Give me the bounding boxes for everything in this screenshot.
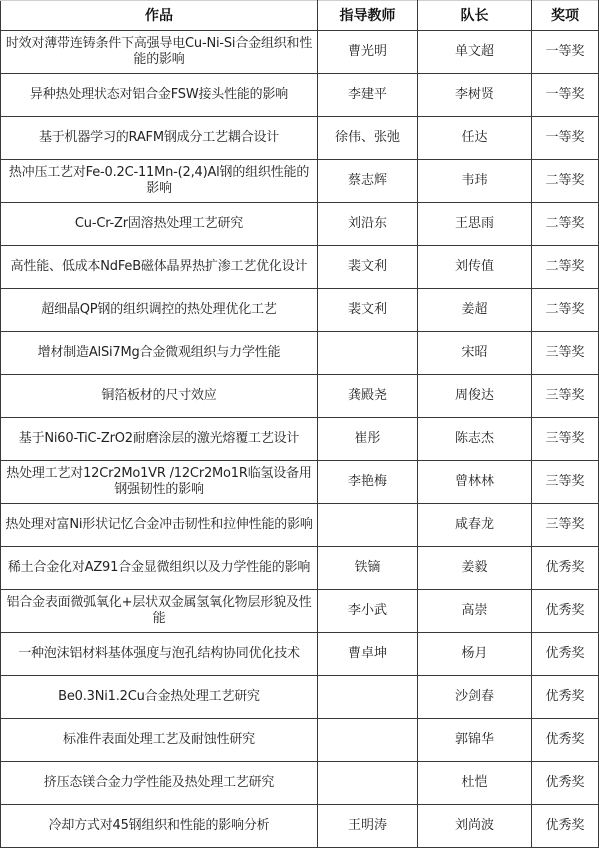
cell-leader: 杨月 — [418, 633, 532, 676]
table-row: 热处理对富Ni形状记忆合金冲击韧性和拉伸性能的影响 咸春龙 三等奖 — [1, 504, 599, 547]
cell-award: 三等奖 — [532, 461, 599, 504]
cell-award: 三等奖 — [532, 332, 599, 375]
column-header-work: 作品 — [1, 1, 318, 31]
table-row: 铝合金表面微弧氧化+层状双金属氢氧化物层形貌及性能 李小武 高崇 优秀奖 — [1, 590, 599, 633]
table-row: 标准件表面处理工艺及耐蚀性研究 郭锦华 优秀奖 — [1, 719, 599, 762]
cell-award: 三等奖 — [532, 418, 599, 461]
cell-leader: 李树贤 — [418, 74, 532, 117]
cell-award: 三等奖 — [532, 375, 599, 418]
column-header-advisor: 指导教师 — [318, 1, 418, 31]
cell-leader: 任达 — [418, 117, 532, 160]
cell-advisor: 李艳梅 — [318, 461, 418, 504]
cell-award: 二等奖 — [532, 289, 599, 332]
cell-work: 铜箔板材的尺寸效应 — [1, 375, 318, 418]
cell-award: 一等奖 — [532, 117, 599, 160]
cell-award: 一等奖 — [532, 74, 599, 117]
cell-award: 二等奖 — [532, 160, 599, 203]
cell-work: 标准件表面处理工艺及耐蚀性研究 — [1, 719, 318, 762]
cell-award: 优秀奖 — [532, 676, 599, 719]
cell-work: 挤压态镁合金力学性能及热处理工艺研究 — [1, 762, 318, 805]
cell-work: 增材制造AlSi7Mg合金微观组织与力学性能 — [1, 332, 318, 375]
cell-advisor: 裴文利 — [318, 289, 418, 332]
cell-work: 铝合金表面微弧氧化+层状双金属氢氧化物层形貌及性能 — [1, 590, 318, 633]
table-row: 热冲压工艺对Fe-0.2C-11Mn-(2,4)Al钢的组织性能的影响 蔡志辉 … — [1, 160, 599, 203]
cell-work: 热冲压工艺对Fe-0.2C-11Mn-(2,4)Al钢的组织性能的影响 — [1, 160, 318, 203]
cell-leader: 单文超 — [418, 31, 532, 74]
cell-award: 二等奖 — [532, 246, 599, 289]
cell-leader: 高崇 — [418, 590, 532, 633]
cell-advisor — [318, 676, 418, 719]
table-row: 挤压态镁合金力学性能及热处理工艺研究 杜恺 优秀奖 — [1, 762, 599, 805]
table-row: 超细晶QP钢的组织调控的热处理优化工艺 裴文利 姜超 二等奖 — [1, 289, 599, 332]
cell-advisor: 蔡志辉 — [318, 160, 418, 203]
cell-advisor — [318, 719, 418, 762]
cell-work: 超细晶QP钢的组织调控的热处理优化工艺 — [1, 289, 318, 332]
awards-table: 作品 指导教师 队长 奖项 时效对薄带连铸条件下高强导电Cu-Ni-Si合金组织… — [0, 0, 599, 848]
cell-award: 优秀奖 — [532, 805, 599, 848]
cell-leader: 姜毅 — [418, 547, 532, 590]
cell-award: 三等奖 — [532, 504, 599, 547]
header-row: 作品 指导教师 队长 奖项 — [1, 1, 599, 31]
cell-award: 优秀奖 — [532, 762, 599, 805]
cell-leader: 刘传值 — [418, 246, 532, 289]
cell-advisor: 崔彤 — [318, 418, 418, 461]
column-header-leader: 队长 — [418, 1, 532, 31]
cell-work: 异种热处理状态对铝合金FSW接头性能的影响 — [1, 74, 318, 117]
cell-work: 热处理工艺对12Cr2Mo1VR /12Cr2Mo1R临氢设备用钢强韧性的影响 — [1, 461, 318, 504]
cell-leader: 刘尚波 — [418, 805, 532, 848]
cell-award: 二等奖 — [532, 203, 599, 246]
table-row: 一种泡沫铝材料基体强度与泡孔结构协同优化技术 曹卓坤 杨月 优秀奖 — [1, 633, 599, 676]
table-row: 冷却方式对45钢组织和性能的影响分析 王明涛 刘尚波 优秀奖 — [1, 805, 599, 848]
cell-work: 一种泡沫铝材料基体强度与泡孔结构协同优化技术 — [1, 633, 318, 676]
cell-work: 基于Ni60-TiC-ZrO2耐磨涂层的激光熔覆工艺设计 — [1, 418, 318, 461]
cell-leader: 韦玮 — [418, 160, 532, 203]
table-row: 热处理工艺对12Cr2Mo1VR /12Cr2Mo1R临氢设备用钢强韧性的影响 … — [1, 461, 599, 504]
cell-work: 基于机器学习的RAFM钢成分工艺耦合设计 — [1, 117, 318, 160]
cell-advisor: 曹光明 — [318, 31, 418, 74]
cell-work: 冷却方式对45钢组织和性能的影响分析 — [1, 805, 318, 848]
cell-award: 优秀奖 — [532, 719, 599, 762]
cell-work: Be0.3Ni1.2Cu合金热处理工艺研究 — [1, 676, 318, 719]
cell-leader: 宋昭 — [418, 332, 532, 375]
cell-leader: 王思雨 — [418, 203, 532, 246]
cell-advisor: 裴文利 — [318, 246, 418, 289]
cell-advisor — [318, 504, 418, 547]
cell-work: Cu-Cr-Zr固溶热处理工艺研究 — [1, 203, 318, 246]
table-row: 铜箔板材的尺寸效应 龚殿尧 周俊达 三等奖 — [1, 375, 599, 418]
cell-work: 时效对薄带连铸条件下高强导电Cu-Ni-Si合金组织和性能的影响 — [1, 31, 318, 74]
table-row: Be0.3Ni1.2Cu合金热处理工艺研究 沙剑春 优秀奖 — [1, 676, 599, 719]
table-row: Cu-Cr-Zr固溶热处理工艺研究 刘沿东 王思雨 二等奖 — [1, 203, 599, 246]
cell-leader: 周俊达 — [418, 375, 532, 418]
cell-advisor: 李小武 — [318, 590, 418, 633]
table-row: 时效对薄带连铸条件下高强导电Cu-Ni-Si合金组织和性能的影响 曹光明 单文超… — [1, 31, 599, 74]
cell-work: 稀土合金化对AZ91合金显微组织以及力学性能的影响 — [1, 547, 318, 590]
cell-work: 热处理对富Ni形状记忆合金冲击韧性和拉伸性能的影响 — [1, 504, 318, 547]
cell-leader: 沙剑春 — [418, 676, 532, 719]
cell-award: 优秀奖 — [532, 590, 599, 633]
cell-advisor: 刘沿东 — [318, 203, 418, 246]
cell-leader: 咸春龙 — [418, 504, 532, 547]
cell-award: 优秀奖 — [532, 547, 599, 590]
cell-leader: 杜恺 — [418, 762, 532, 805]
cell-leader: 陈志杰 — [418, 418, 532, 461]
cell-leader: 郭锦华 — [418, 719, 532, 762]
cell-work: 高性能、低成本NdFeB磁体晶界热扩渗工艺优化设计 — [1, 246, 318, 289]
cell-advisor: 龚殿尧 — [318, 375, 418, 418]
table-row: 稀土合金化对AZ91合金显微组织以及力学性能的影响 铁镝 姜毅 优秀奖 — [1, 547, 599, 590]
cell-leader: 曾林林 — [418, 461, 532, 504]
cell-advisor: 李建平 — [318, 74, 418, 117]
table-row: 基于Ni60-TiC-ZrO2耐磨涂层的激光熔覆工艺设计 崔彤 陈志杰 三等奖 — [1, 418, 599, 461]
table-row: 基于机器学习的RAFM钢成分工艺耦合设计 徐伟、张弛 任达 一等奖 — [1, 117, 599, 160]
cell-advisor — [318, 762, 418, 805]
table-header: 作品 指导教师 队长 奖项 — [1, 1, 599, 31]
table-row: 异种热处理状态对铝合金FSW接头性能的影响 李建平 李树贤 一等奖 — [1, 74, 599, 117]
cell-advisor: 徐伟、张弛 — [318, 117, 418, 160]
cell-award: 优秀奖 — [532, 633, 599, 676]
cell-award: 一等奖 — [532, 31, 599, 74]
table-row: 高性能、低成本NdFeB磁体晶界热扩渗工艺优化设计 裴文利 刘传值 二等奖 — [1, 246, 599, 289]
cell-advisor: 曹卓坤 — [318, 633, 418, 676]
cell-leader: 姜超 — [418, 289, 532, 332]
cell-advisor: 铁镝 — [318, 547, 418, 590]
table-row: 增材制造AlSi7Mg合金微观组织与力学性能 宋昭 三等奖 — [1, 332, 599, 375]
table-body: 时效对薄带连铸条件下高强导电Cu-Ni-Si合金组织和性能的影响 曹光明 单文超… — [1, 31, 599, 848]
column-header-award: 奖项 — [532, 1, 599, 31]
cell-advisor: 王明涛 — [318, 805, 418, 848]
cell-advisor — [318, 332, 418, 375]
